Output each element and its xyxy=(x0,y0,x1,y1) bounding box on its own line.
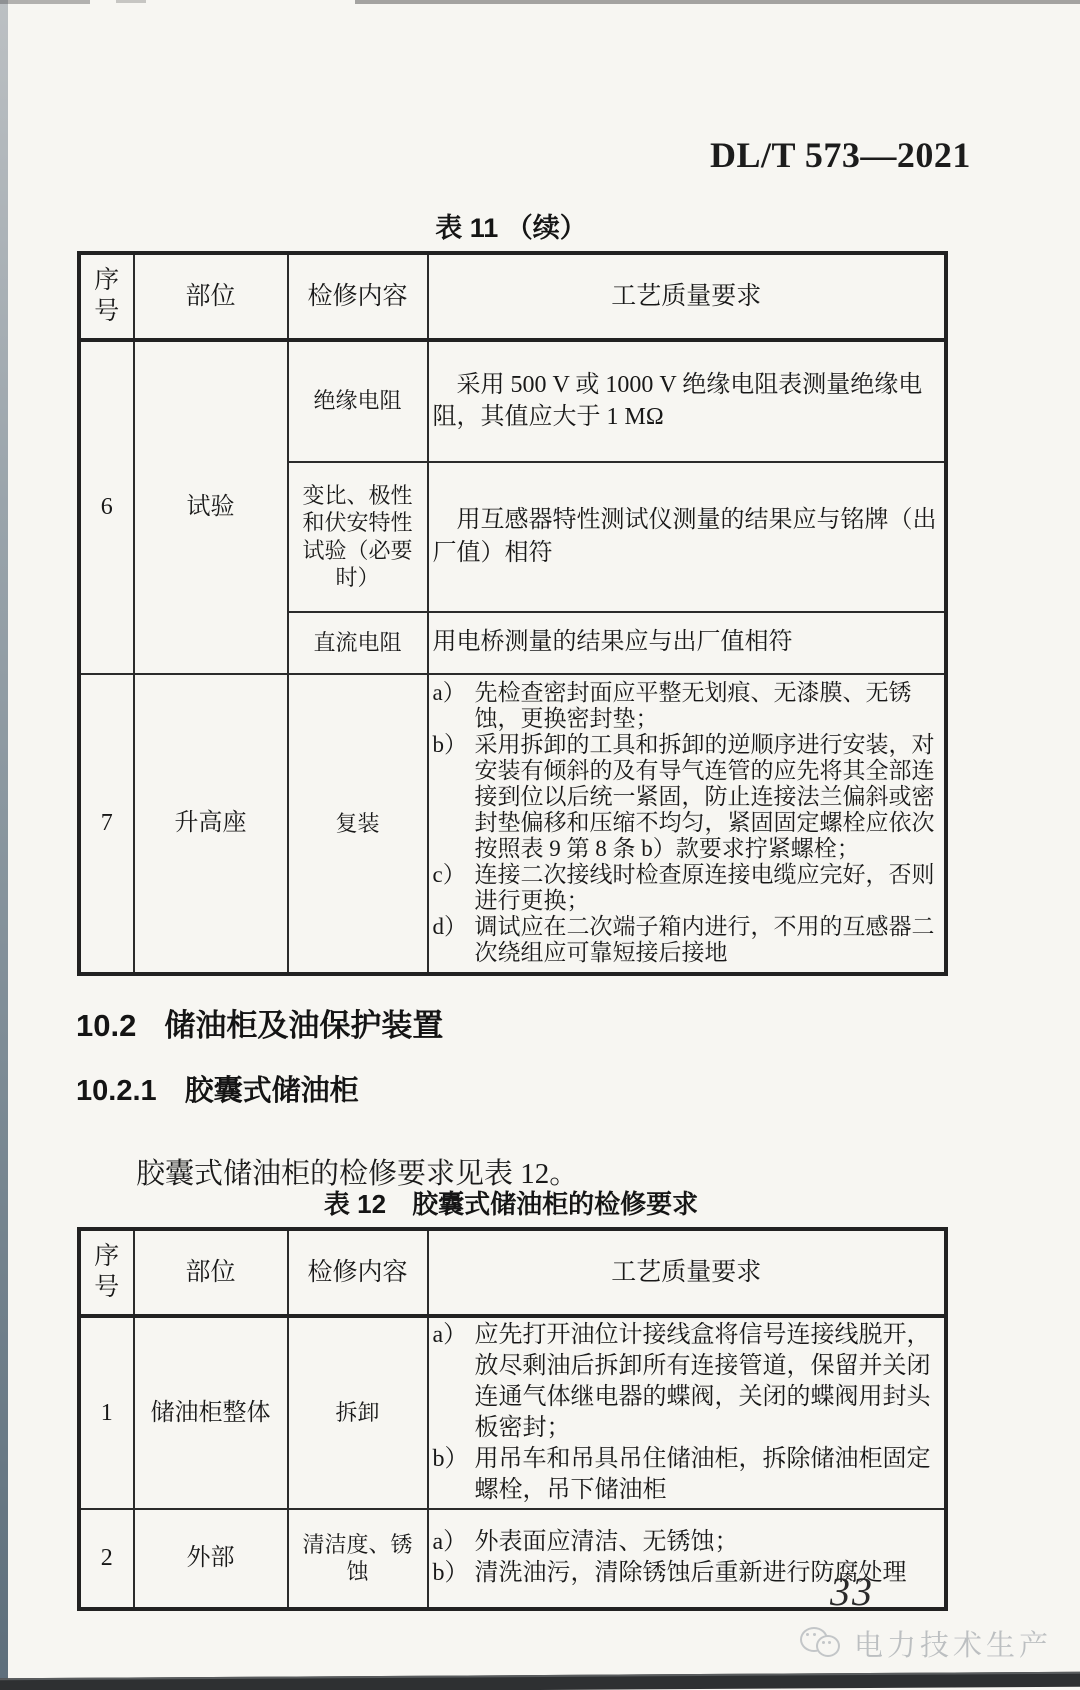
list-item: a） 先检查密封面应平整无划痕、无漆膜、无锈蚀，更换密封垫； xyxy=(433,680,941,732)
wechat-icon xyxy=(800,1625,844,1661)
item-text: 应先打开油位计接线盒将信号连接线脱开，放尽剩油后拆卸所有连接管道，保留并关闭连通… xyxy=(475,1320,941,1444)
table12-row1: 1 储油柜整体 拆卸 a） 应先打开油位计接线盒将信号连接线脱开，放尽剩油后拆卸… xyxy=(80,1316,946,1509)
row6-sub2-content: 变比、极性和伏安特性试验（必要时） xyxy=(288,462,428,612)
table12-row2: 2 外部 清洁度、锈蚀 a） 外表面应清洁、无锈蚀； b） 清洗油污，清除锈蚀后… xyxy=(80,1509,946,1609)
table12-caption: 表 12 胶囊式储油柜的检修要求 xyxy=(78,1184,944,1221)
scan-top-line xyxy=(116,0,146,3)
scan-top-line xyxy=(0,0,90,4)
list-item: a） 外表面应清洁、无锈蚀； xyxy=(433,1527,941,1558)
table12-col-part: 部位 xyxy=(134,1230,288,1316)
table11-caption: 表 11 （续） xyxy=(78,206,944,245)
t12-row1-content: 拆卸 xyxy=(288,1316,428,1509)
footer-brand-text: 电力技术生产 xyxy=(854,1623,1052,1664)
item-text: 采用拆卸的工具和拆卸的逆顺序进行安装，对安装有倾斜的及有导气连管的应先将其全部连… xyxy=(475,732,941,862)
section-number: 10.2 xyxy=(76,1008,136,1043)
item-text: 调试应在二次端子箱内进行，不用的互感器二次绕组应可靠短接后接地 xyxy=(475,914,941,966)
item-marker: a） xyxy=(433,680,475,706)
scan-edge-strip xyxy=(0,0,8,1690)
row7-content: 复装 xyxy=(288,674,428,974)
list-item: a） 应先打开油位计接线盒将信号连接线脱开，放尽剩油后拆卸所有连接管道，保留并关… xyxy=(433,1320,941,1444)
row6-part: 试验 xyxy=(134,340,288,674)
list-item: b） 用吊车和吊具吊住储油柜，拆除储油柜固定螺栓，吊下储油柜 xyxy=(433,1444,941,1506)
t12-row1-requirement-list: a） 应先打开油位计接线盒将信号连接线脱开，放尽剩油后拆卸所有连接管道，保留并关… xyxy=(433,1320,941,1506)
t12-row2-no: 2 xyxy=(80,1509,134,1609)
row7-requirement-list: a） 先检查密封面应平整无划痕、无漆膜、无锈蚀，更换密封垫； b） 采用拆卸的工… xyxy=(433,680,941,966)
table12-col-no: 序号 xyxy=(80,1230,134,1316)
t12-row1-no: 1 xyxy=(80,1316,134,1509)
scan-top-line xyxy=(355,0,1080,4)
section-title: 储油柜及油保护装置 xyxy=(164,1008,443,1043)
table11-header-row: 序号 部位 检修内容 工艺质量要求 xyxy=(80,254,946,340)
item-marker: b） xyxy=(433,732,475,758)
page-number: 33 xyxy=(830,1568,874,1615)
item-marker: a） xyxy=(433,1527,475,1558)
item-marker: d） xyxy=(433,914,475,940)
table11: 序号 部位 检修内容 工艺质量要求 6 试验 绝缘电阻 采用 500 V 或 1… xyxy=(78,252,947,975)
item-text: 先检查密封面应平整无划痕、无漆膜、无锈蚀，更换密封垫； xyxy=(475,680,941,732)
item-marker: c） xyxy=(433,862,475,888)
section-title: 胶囊式储油柜 xyxy=(185,1075,359,1107)
list-item: d） 调试应在二次端子箱内进行，不用的互感器二次绕组应可靠短接后接地 xyxy=(433,914,941,966)
item-text: 用吊车和吊具吊住储油柜，拆除储油柜固定螺栓，吊下储油柜 xyxy=(475,1444,941,1506)
table11-row7: 7 升高座 复装 a） 先检查密封面应平整无划痕、无漆膜、无锈蚀，更换密封垫； … xyxy=(80,674,946,974)
section-heading-10-2-1: 10.2.1胶囊式储油柜 xyxy=(76,1068,359,1109)
footer-brand: 电力技术生产 xyxy=(800,1622,1052,1664)
item-text: 连接二次接线时检查原连接电缆应完好，否则进行更换； xyxy=(475,862,941,914)
list-item: b） 采用拆卸的工具和拆卸的逆顺序进行安装，对安装有倾斜的及有导气连管的应先将其… xyxy=(433,732,941,862)
row6-sub2-requirement: 用互感器特性测试仪测量的结果应与铭牌（出厂值）相符 xyxy=(433,504,941,569)
table11-col-content: 检修内容 xyxy=(288,254,428,340)
item-marker: b） xyxy=(433,1558,475,1589)
t12-row2-content: 清洁度、锈蚀 xyxy=(288,1509,428,1609)
scan-bottom-bar xyxy=(0,1672,1080,1690)
table12-col-content: 检修内容 xyxy=(288,1230,428,1316)
table12: 序号 部位 检修内容 工艺质量要求 1 储油柜整体 拆卸 a） 应先打开油位计接… xyxy=(78,1228,947,1610)
table11-row6-sub1: 6 试验 绝缘电阻 采用 500 V 或 1000 V 绝缘电阻表测量绝缘电阻，… xyxy=(80,340,946,462)
row6-sub3-requirement: 用电桥测量的结果应与出厂值相符 xyxy=(433,626,941,658)
t12-row2-part: 外部 xyxy=(134,1509,288,1609)
item-marker: b） xyxy=(433,1444,475,1475)
t12-row1-part: 储油柜整体 xyxy=(134,1316,288,1509)
row7-part: 升高座 xyxy=(134,674,288,974)
row6-sub3-content: 直流电阻 xyxy=(288,612,428,674)
section-number: 10.2.1 xyxy=(76,1075,157,1107)
item-marker: a） xyxy=(433,1320,475,1351)
item-text: 外表面应清洁、无锈蚀； xyxy=(475,1527,941,1558)
list-item: c） 连接二次接线时检查原连接电缆应完好，否则进行更换； xyxy=(433,862,941,914)
table11-col-requirement: 工艺质量要求 xyxy=(428,254,946,340)
scanned-document-page: { "page": { "doc_code": "DL/T 573—2021",… xyxy=(0,0,1080,1690)
table12-col-requirement: 工艺质量要求 xyxy=(428,1230,946,1316)
table11-col-part: 部位 xyxy=(134,254,288,340)
table12-header-row: 序号 部位 检修内容 工艺质量要求 xyxy=(80,1230,946,1316)
row6-no: 6 xyxy=(80,340,134,674)
section-heading-10-2: 10.2储油柜及油保护装置 xyxy=(76,1000,443,1045)
row7-no: 7 xyxy=(80,674,134,974)
table11-col-no: 序号 xyxy=(80,254,134,340)
document-code: DL/T 573—2021 xyxy=(710,134,950,176)
row6-sub1-requirement: 采用 500 V 或 1000 V 绝缘电阻表测量绝缘电阻，其值应大于 1 MΩ xyxy=(433,369,941,434)
row6-sub1-content: 绝缘电阻 xyxy=(288,340,428,462)
